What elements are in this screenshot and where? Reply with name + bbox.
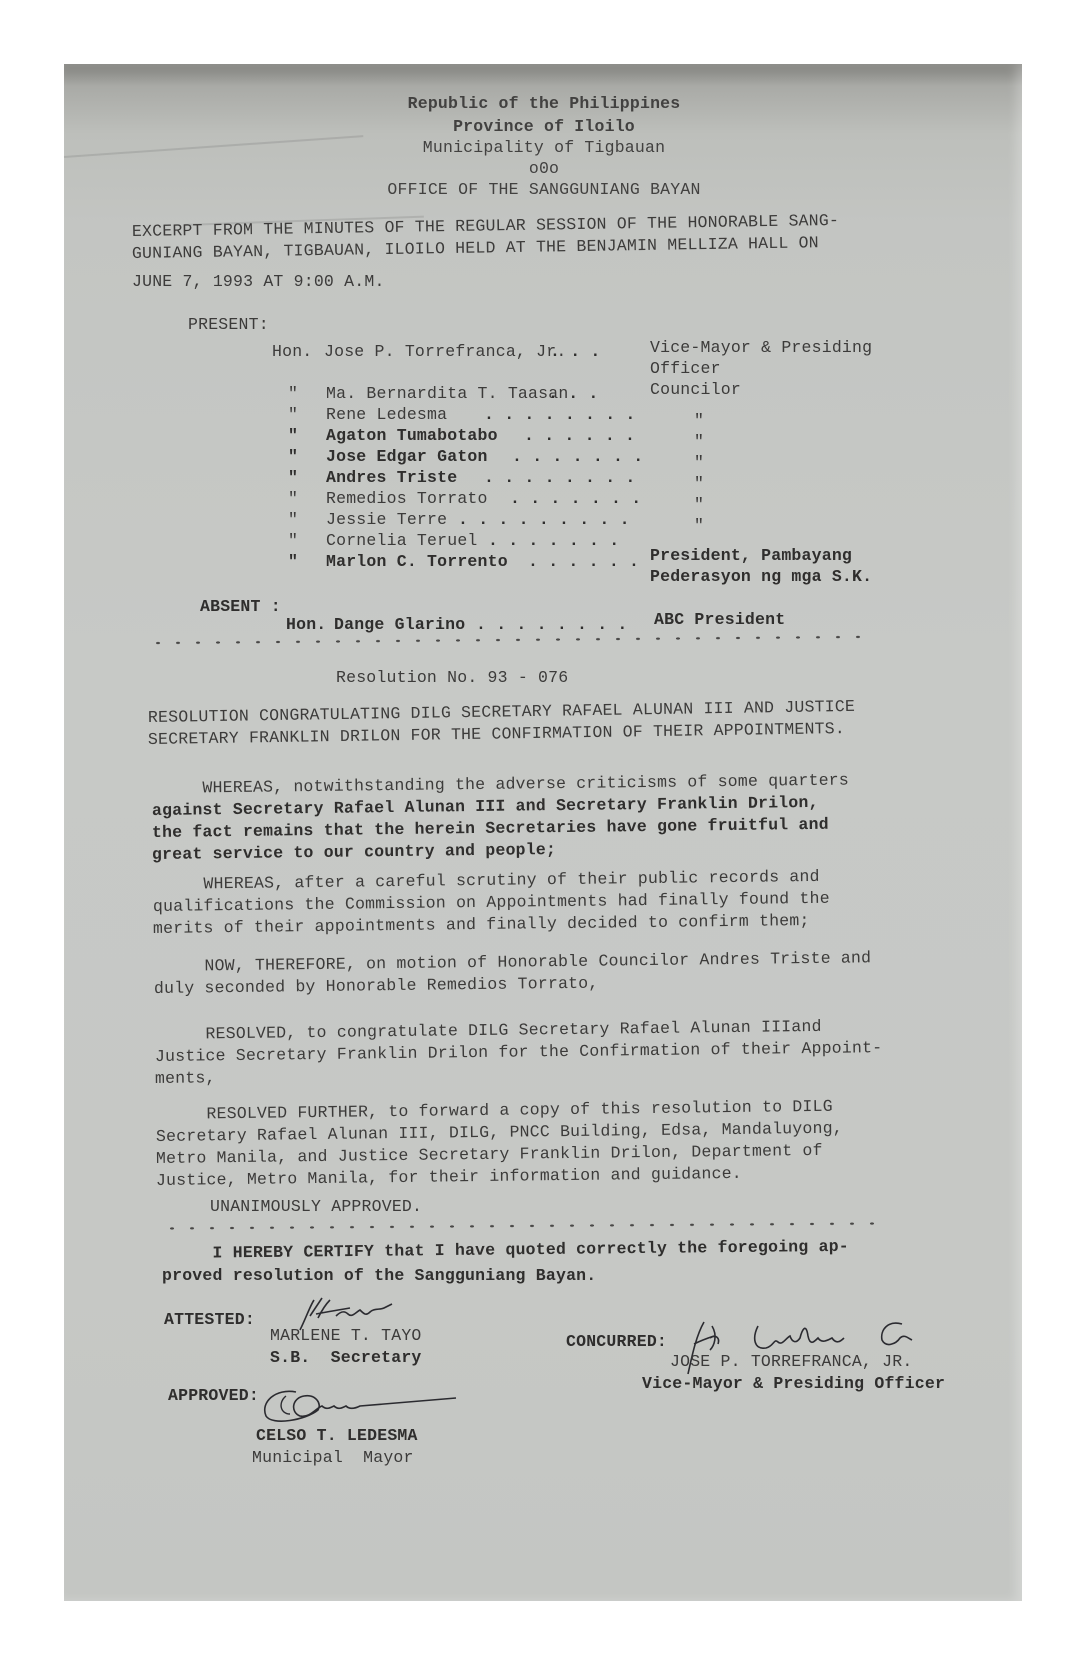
present-leader: . . . . . . . bbox=[512, 449, 643, 466]
present-leader: . . . . . . . bbox=[510, 491, 641, 508]
present-role: " bbox=[694, 497, 704, 514]
present-name: Cornelia Teruel bbox=[326, 533, 478, 550]
present-name: Rene Ledesma bbox=[326, 407, 447, 424]
certification-line: proved resolution of the Sangguniang Bay… bbox=[162, 1268, 596, 1285]
present-name: Remedios Torrato bbox=[326, 491, 488, 508]
present-name: Andres Triste bbox=[326, 470, 457, 487]
present-prefix: " bbox=[288, 428, 298, 445]
present-role-continued: Pederasyon ng mga S.K. bbox=[650, 569, 872, 586]
present-label: PRESENT: bbox=[188, 317, 269, 334]
present-prefix: " bbox=[288, 491, 298, 508]
present-prefix: " bbox=[288, 533, 298, 550]
attested-title: S.B. Secretary bbox=[270, 1350, 422, 1367]
absent-leader: . . . . . . . . bbox=[476, 617, 628, 634]
absent-role: ABC President bbox=[654, 612, 785, 629]
present-role: Vice-Mayor & Presiding bbox=[650, 340, 872, 357]
present-leader: . . . bbox=[550, 344, 601, 361]
approved-signature bbox=[256, 1382, 476, 1432]
approved-title: Municipal Mayor bbox=[252, 1450, 414, 1467]
section-divider bbox=[162, 1221, 882, 1230]
document-photo: Republic of the Philippines Province of … bbox=[64, 64, 1022, 1601]
present-role: " bbox=[694, 476, 704, 493]
present-name: Jose P. Torrefranca, Jr. bbox=[324, 344, 566, 361]
present-role: " bbox=[694, 413, 704, 430]
certification-line: I HEREBY CERTIFY that I have quoted corr… bbox=[162, 1239, 849, 1263]
present-prefix: Hon. bbox=[272, 344, 312, 361]
present-leader: . . . . . . . . bbox=[484, 407, 636, 424]
present-leader: . . . bbox=[548, 386, 599, 403]
present-name: Jessie Terre bbox=[326, 512, 447, 529]
present-prefix: " bbox=[288, 554, 298, 571]
present-prefix: " bbox=[288, 512, 298, 529]
present-leader: . . . . . . . . bbox=[484, 470, 636, 487]
present-prefix: " bbox=[288, 407, 298, 424]
present-name: Marlon C. Torrento bbox=[326, 554, 508, 571]
absent-name: Dange Glarino bbox=[334, 617, 465, 634]
present-leader: . . . . . . . . . bbox=[458, 512, 630, 529]
paragraph-line: duly seconded by Honorable Remedios Torr… bbox=[154, 973, 599, 1000]
present-role: " bbox=[694, 518, 704, 535]
concurred-title: Vice-Mayor & Presiding Officer bbox=[642, 1376, 945, 1393]
attested-name: MARLENE T. TAYO bbox=[270, 1328, 422, 1345]
present-role: Councilor bbox=[650, 382, 741, 399]
resolution-number: Resolution No. 93 - 076 bbox=[336, 670, 568, 687]
present-role-continued: Officer bbox=[650, 361, 721, 378]
approval-statement: UNANIMOUSLY APPROVED. bbox=[210, 1199, 422, 1216]
paragraph-line: ments, bbox=[155, 1067, 216, 1090]
present-name: Jose Edgar Gaton bbox=[326, 449, 488, 466]
concurred-name: JOSE P. TORREFRANCA, JR. bbox=[670, 1354, 912, 1371]
present-name: Ma. Bernardita T. Taasan bbox=[326, 386, 568, 403]
letterhead-province: Province of Iloilo bbox=[334, 119, 754, 136]
absent-label: ABSENT : bbox=[200, 599, 281, 616]
attested-label: ATTESTED: bbox=[164, 1312, 255, 1329]
letterhead-office: OFFICE OF THE SANGGUNIANG BAYAN bbox=[334, 182, 754, 199]
approved-label: APPROVED: bbox=[168, 1388, 259, 1405]
paragraph-line: great service to our country and people; bbox=[152, 839, 556, 866]
present-name: Agaton Tumabotabo bbox=[326, 428, 498, 445]
present-prefix: " bbox=[288, 449, 298, 466]
approved-name: CELSO T. LEDESMA bbox=[256, 1428, 418, 1445]
present-prefix: " bbox=[288, 470, 298, 487]
present-leader: . . . . . . . bbox=[488, 533, 619, 550]
concurred-label: CONCURRED: bbox=[566, 1334, 667, 1351]
section-divider bbox=[148, 635, 866, 645]
resolution-document: Republic of the Philippines Province of … bbox=[64, 64, 1022, 1601]
present-role: " bbox=[694, 434, 704, 451]
present-leader: . . . . . . bbox=[524, 428, 635, 445]
letterhead-municipality: Municipality of Tigbauan bbox=[334, 140, 754, 157]
letterhead-separator: o0o bbox=[334, 161, 754, 178]
letterhead-republic: Republic of the Philippines bbox=[334, 96, 754, 113]
present-prefix: " bbox=[288, 386, 298, 403]
absent-prefix: Hon. bbox=[286, 617, 326, 634]
present-role: " bbox=[694, 455, 704, 472]
excerpt-line: JUNE 7, 1993 AT 9:00 A.M. bbox=[132, 274, 385, 291]
present-leader: . . . . . . bbox=[528, 554, 639, 571]
present-role: President, Pambayang bbox=[650, 548, 852, 565]
